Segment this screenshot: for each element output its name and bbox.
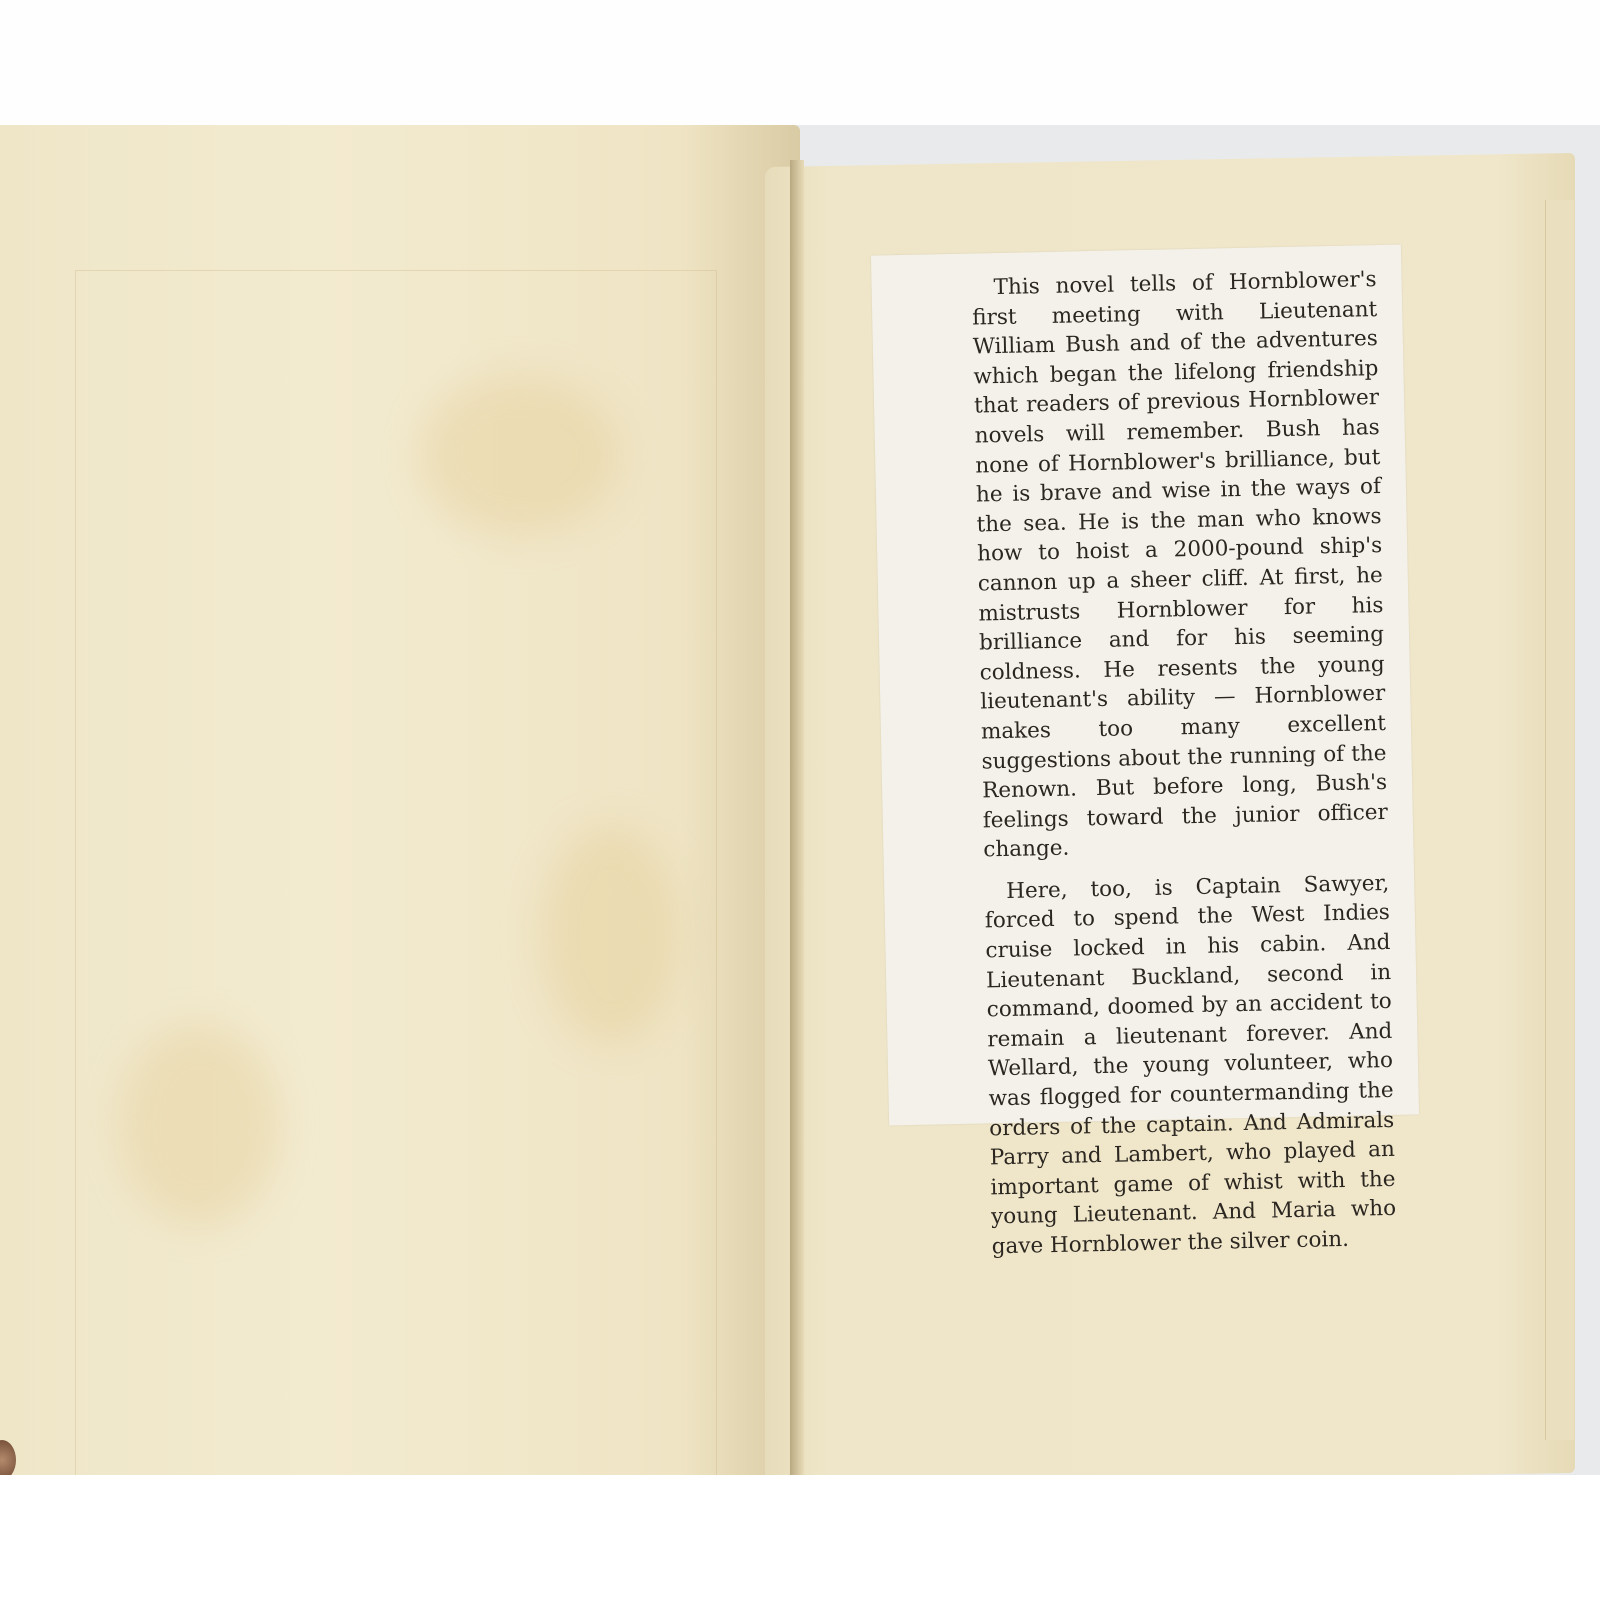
page-stain: [120, 1025, 280, 1225]
page-edges: [1545, 200, 1574, 1440]
jacket-flap-clipping: This novel tells of Hornblower's first m…: [871, 245, 1419, 1126]
background-top: [0, 0, 1600, 125]
paragraph-2: Here, too, is Captain Sawyer, forced to …: [984, 869, 1397, 1262]
background-bottom: [0, 1475, 1600, 1600]
clipping-text: This novel tells of Hornblower's first m…: [971, 265, 1397, 1262]
paragraph-1: This novel tells of Hornblower's first m…: [971, 265, 1388, 865]
left-page-blank: [0, 125, 800, 1475]
book-gutter: [790, 160, 804, 1480]
page-stain: [540, 825, 680, 1045]
page-stain: [420, 375, 620, 535]
